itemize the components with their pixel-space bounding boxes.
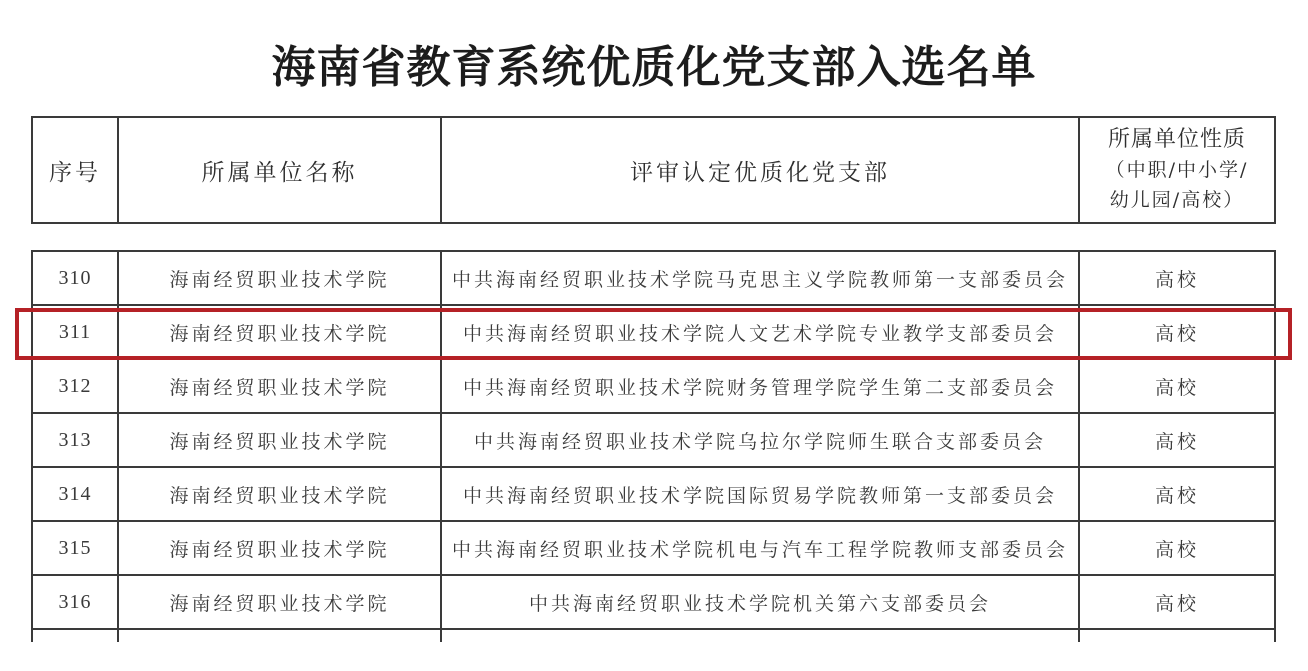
cell-seq: 311 — [32, 305, 118, 359]
cell-empty — [441, 629, 1079, 642]
table-row: 315 海南经贸职业技术学院 中共海南经贸职业技术学院机电与汽车工程学院教师支部… — [32, 521, 1275, 575]
table-row: 314 海南经贸职业技术学院 中共海南经贸职业技术学院国际贸易学院教师第一支部委… — [32, 467, 1275, 521]
header-nature-sub2: 幼儿园/高校） — [1080, 185, 1274, 215]
header-branch: 评审认定优质化党支部 — [441, 117, 1079, 223]
cell-seq: 313 — [32, 413, 118, 467]
header-seq: 序号 — [32, 117, 118, 223]
cell-unit: 海南经贸职业技术学院 — [118, 521, 441, 575]
cell-empty — [1079, 629, 1275, 642]
cell-nature: 高校 — [1079, 467, 1275, 521]
table-header: 序号 所属单位名称 评审认定优质化党支部 所属单位性质 （中职/中小学/ 幼儿园… — [31, 116, 1276, 224]
cell-branch: 中共海南经贸职业技术学院机电与汽车工程学院教师支部委员会 — [441, 521, 1079, 575]
cell-branch: 中共海南经贸职业技术学院国际贸易学院教师第一支部委员会 — [441, 467, 1079, 521]
table-row: 313 海南经贸职业技术学院 中共海南经贸职业技术学院乌拉尔学院师生联合支部委员… — [32, 413, 1275, 467]
cell-nature: 高校 — [1079, 251, 1275, 305]
cell-empty — [118, 629, 441, 642]
cell-seq: 314 — [32, 467, 118, 521]
cell-unit: 海南经贸职业技术学院 — [118, 575, 441, 629]
cell-unit: 海南经贸职业技术学院 — [118, 251, 441, 305]
cell-nature: 高校 — [1079, 521, 1275, 575]
cell-nature: 高校 — [1079, 413, 1275, 467]
table-body: 310 海南经贸职业技术学院 中共海南经贸职业技术学院马克思主义学院教师第一支部… — [31, 250, 1276, 642]
page-bottom-crop — [0, 648, 1308, 671]
table-row-cutoff — [32, 629, 1275, 642]
cell-branch: 中共海南经贸职业技术学院人文艺术学院专业教学支部委员会 — [441, 305, 1079, 359]
table-row: 310 海南经贸职业技术学院 中共海南经贸职业技术学院马克思主义学院教师第一支部… — [32, 251, 1275, 305]
cell-branch: 中共海南经贸职业技术学院马克思主义学院教师第一支部委员会 — [441, 251, 1079, 305]
cell-seq: 310 — [32, 251, 118, 305]
header-row: 序号 所属单位名称 评审认定优质化党支部 所属单位性质 （中职/中小学/ 幼儿园… — [32, 117, 1275, 223]
header-nature-title: 所属单位性质 — [1080, 125, 1274, 155]
cell-unit: 海南经贸职业技术学院 — [118, 359, 441, 413]
cell-nature: 高校 — [1079, 359, 1275, 413]
table-row-highlighted: 311 海南经贸职业技术学院 中共海南经贸职业技术学院人文艺术学院专业教学支部委… — [32, 305, 1275, 359]
cell-seq: 316 — [32, 575, 118, 629]
cell-unit: 海南经贸职业技术学院 — [118, 467, 441, 521]
cell-unit: 海南经贸职业技术学院 — [118, 305, 441, 359]
cell-seq: 315 — [32, 521, 118, 575]
cell-unit: 海南经贸职业技术学院 — [118, 413, 441, 467]
cell-branch: 中共海南经贸职业技术学院乌拉尔学院师生联合支部委员会 — [441, 413, 1079, 467]
cell-branch: 中共海南经贸职业技术学院财务管理学院学生第二支部委员会 — [441, 359, 1079, 413]
cell-seq: 312 — [32, 359, 118, 413]
header-nature-sub1: （中职/中小学/ — [1080, 155, 1274, 185]
table-row: 312 海南经贸职业技术学院 中共海南经贸职业技术学院财务管理学院学生第二支部委… — [32, 359, 1275, 413]
cell-empty — [32, 629, 118, 642]
cell-nature: 高校 — [1079, 575, 1275, 629]
cell-nature: 高校 — [1079, 305, 1275, 359]
cell-branch: 中共海南经贸职业技术学院机关第六支部委员会 — [441, 575, 1079, 629]
document-title: 海南省教育系统优质化党支部入选名单 — [0, 38, 1308, 98]
header-unit-name: 所属单位名称 — [118, 117, 441, 223]
table-row: 316 海南经贸职业技术学院 中共海南经贸职业技术学院机关第六支部委员会 高校 — [32, 575, 1275, 629]
header-unit-nature: 所属单位性质 （中职/中小学/ 幼儿园/高校） — [1079, 117, 1275, 223]
